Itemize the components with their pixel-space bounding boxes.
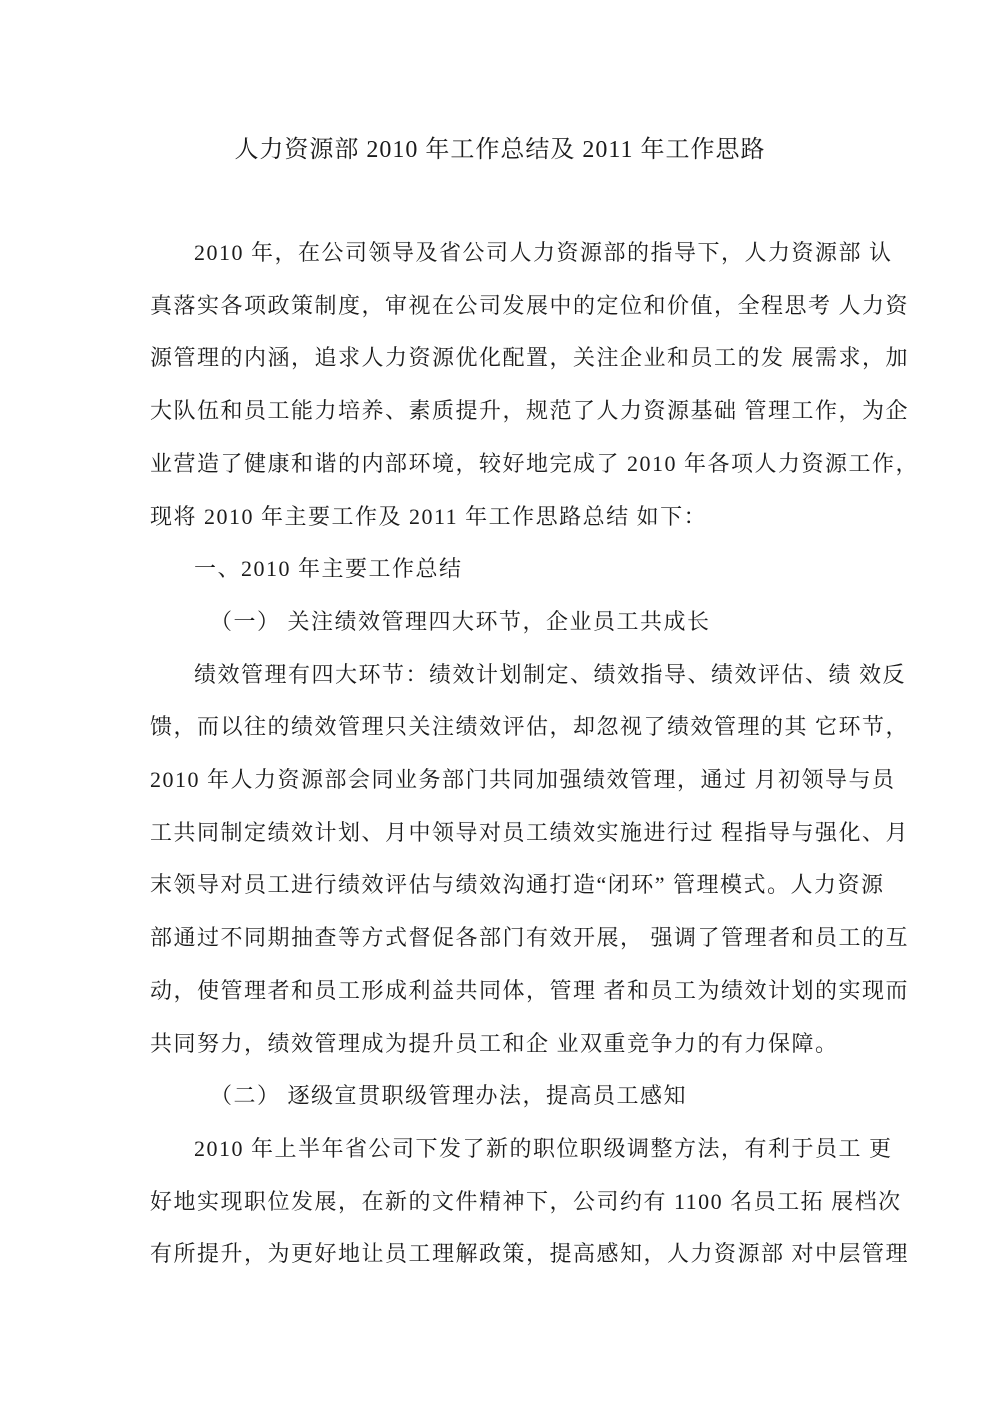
text-line: 绩效管理有四大环节：绩效计划制定、绩效指导、绩效评估、绩 效反	[150, 649, 866, 702]
text-line: 共同努力，绩效管理成为提升员工和企 业双重竞争力的有力保障。	[150, 1018, 866, 1071]
document-lines: 2010 年，在公司领导及省公司人力资源部的指导下，人力资源部 认真落实各项政策…	[150, 227, 866, 1281]
text-line: 真落实各项政策制度，审视在公司发展中的定位和价值，全程思考 人力资	[150, 280, 866, 333]
text-line: 大队伍和员工能力培养、素质提升，规范了人力资源基础 管理工作，为企	[150, 385, 866, 438]
text-line: 2010 年上半年省公司下发了新的职位职级调整方法，有利于员工 更	[150, 1123, 866, 1176]
text-line: 业营造了健康和谐的内部环境，较好地完成了 2010 年各项人力资源工作，	[150, 438, 866, 491]
text-line: 有所提升，为更好地让员工理解政策，提高感知，人力资源部 对中层管理	[150, 1228, 866, 1281]
text-line: 2010 年人力资源部会同业务部门共同加强绩效管理，通过 月初领导与员	[150, 754, 866, 807]
text-line: 现将 2010 年主要工作及 2011 年工作思路总结 如下：	[150, 491, 866, 544]
text-line: 2010 年，在公司领导及省公司人力资源部的指导下，人力资源部 认	[150, 227, 866, 280]
document-title: 人力资源部 2010 年工作总结及 2011 年工作思路	[0, 133, 1000, 167]
text-line: （一） 关注绩效管理四大环节，企业员工共成长	[150, 596, 866, 649]
text-line: 好地实现职位发展，在新的文件精神下，公司约有 1100 名员工拓 展档次	[150, 1176, 866, 1229]
text-line: 一、2010 年主要工作总结	[150, 543, 866, 596]
text-line: 部通过不同期抽查等方式督促各部门有效开展， 强调了管理者和员工的互	[150, 912, 866, 965]
text-line: 工共同制定绩效计划、月中领导对员工绩效实施进行过 程指导与强化、月	[150, 807, 866, 860]
text-line: 源管理的内涵，追求人力资源优化配置，关注企业和员工的发 展需求，加	[150, 332, 866, 385]
text-line: （二） 逐级宣贯职级管理办法，提高员工感知	[150, 1070, 866, 1123]
document-page: 人力资源部 2010 年工作总结及 2011 年工作思路 2010 年，在公司领…	[0, 0, 1000, 1415]
text-line: 动，使管理者和员工形成利益共同体，管理 者和员工为绩效计划的实现而	[150, 965, 866, 1018]
text-line: 馈，而以往的绩效管理只关注绩效评估，却忽视了绩效管理的其 它环节，	[150, 701, 866, 754]
text-line: 末领导对员工进行绩效评估与绩效沟通打造“闭环” 管理模式。人力资源	[150, 859, 866, 912]
